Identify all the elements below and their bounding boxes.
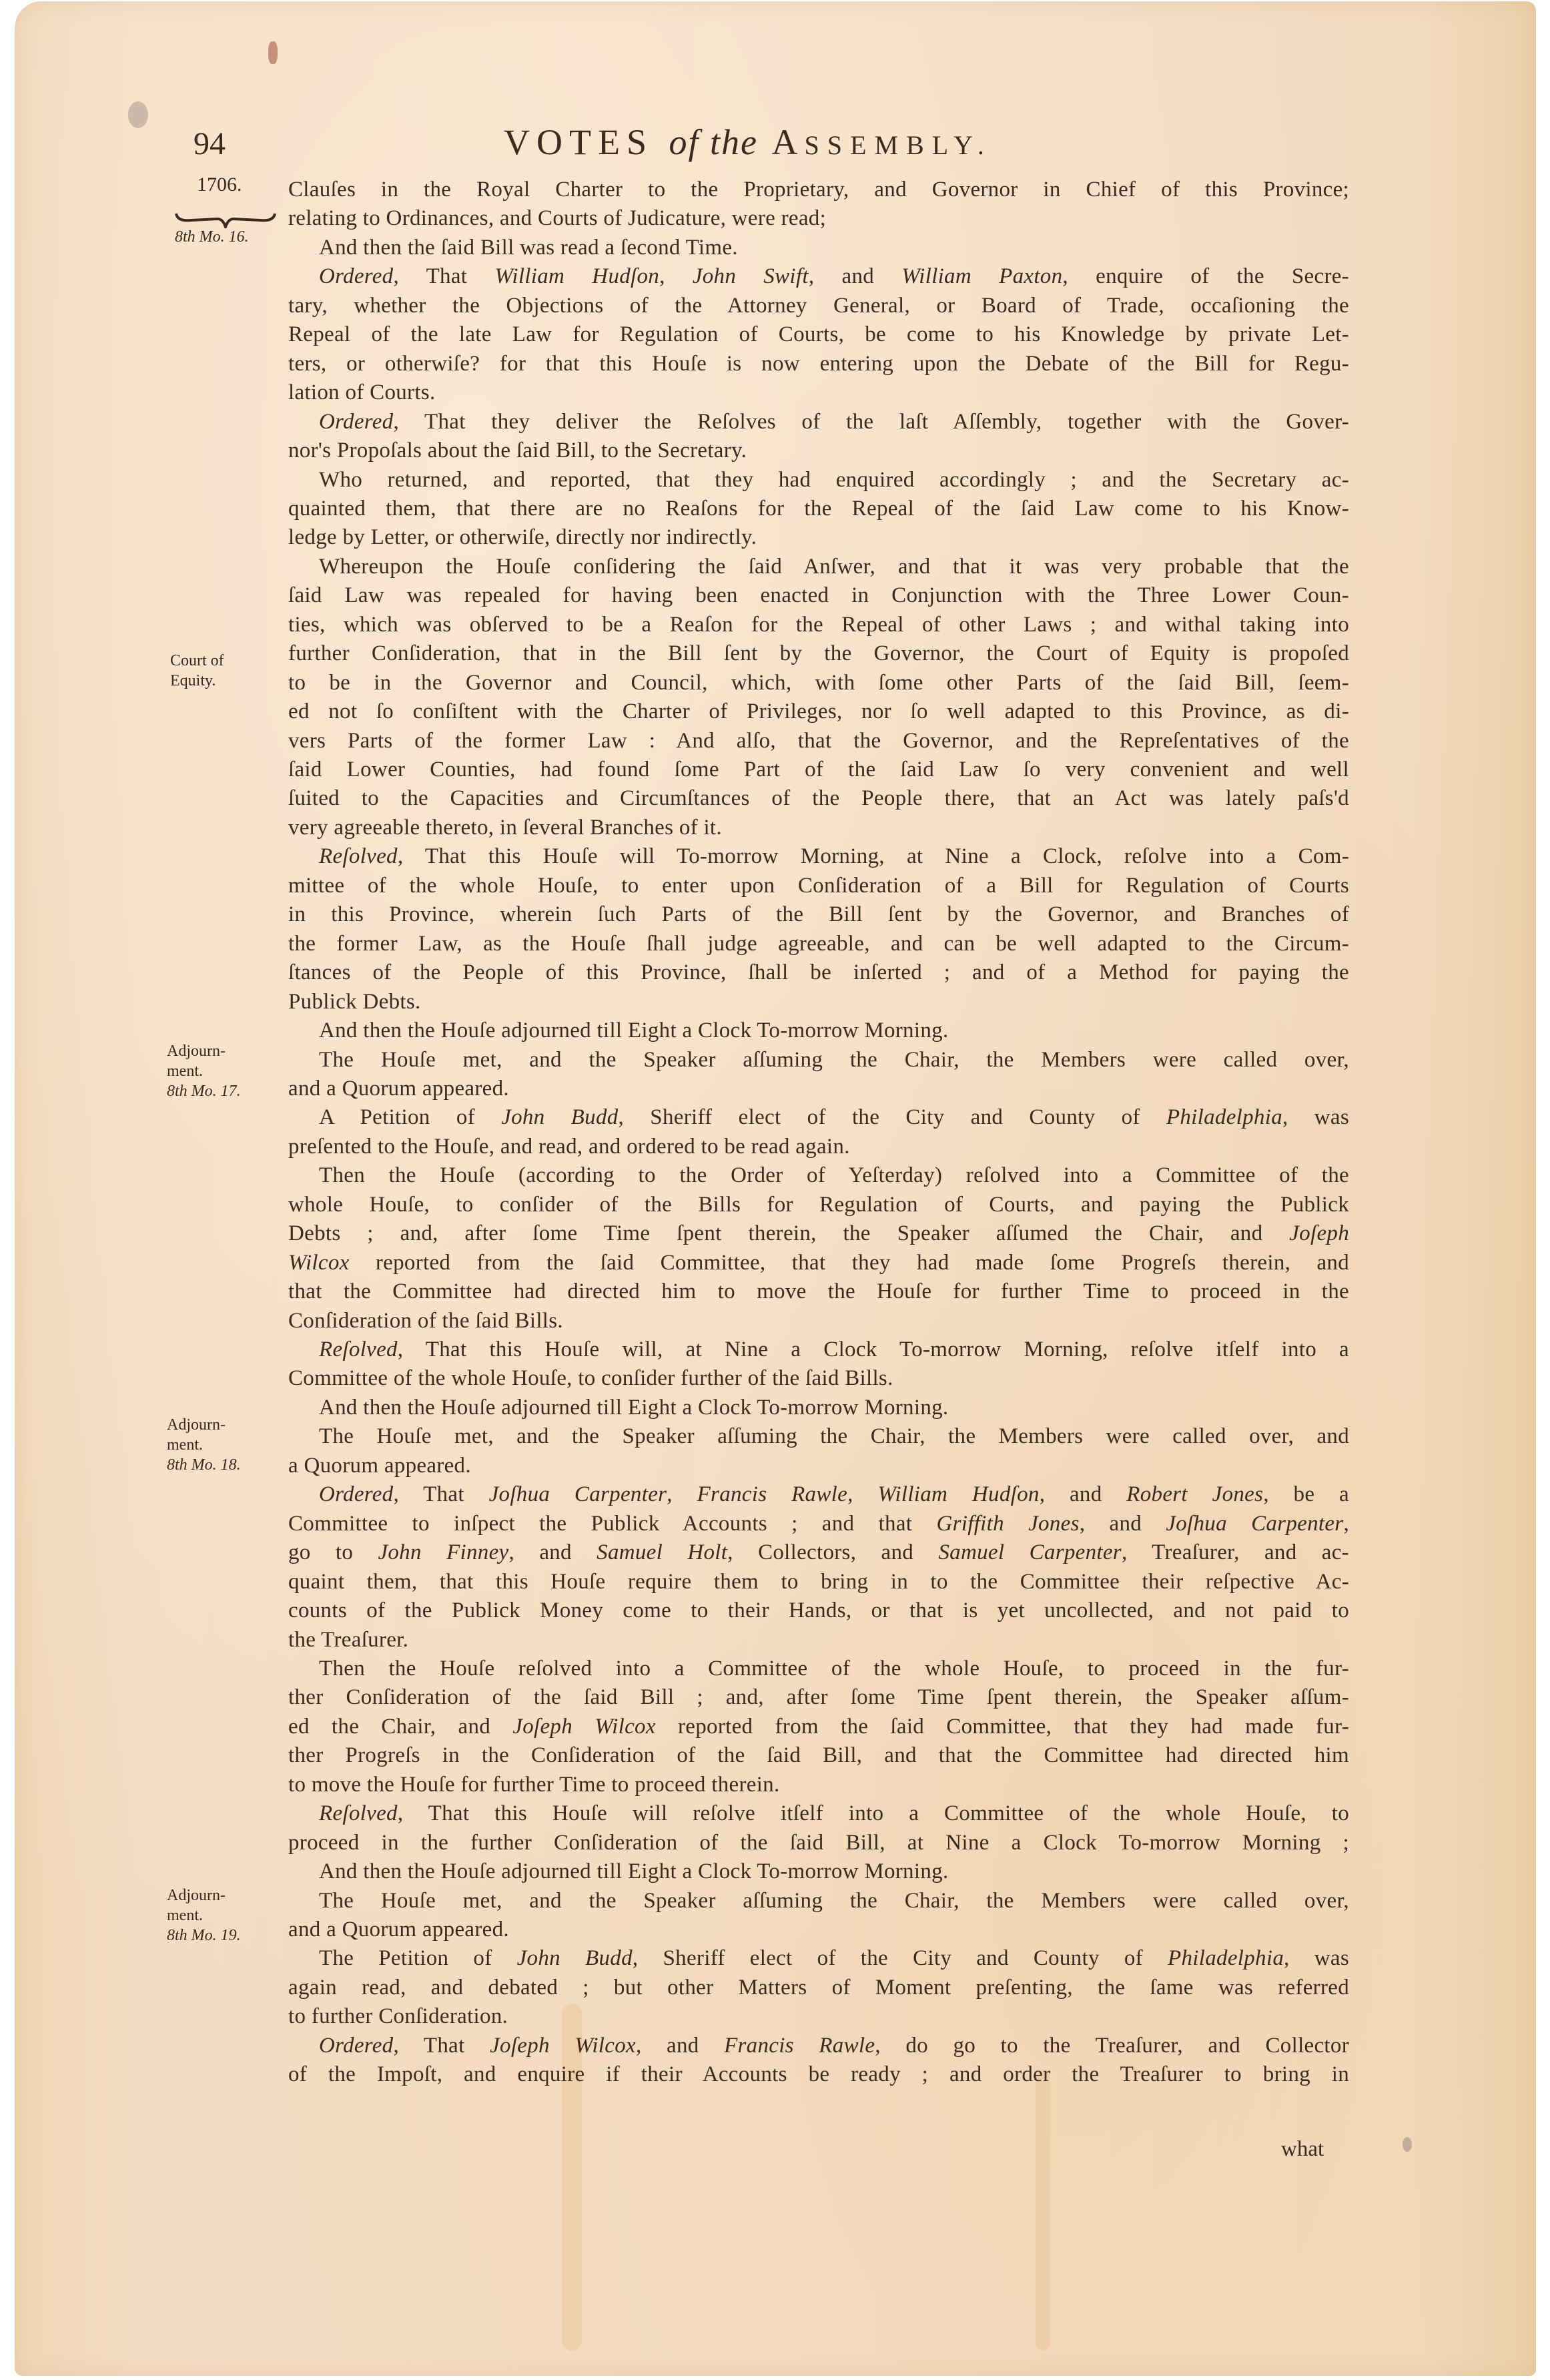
text-line: and a Quorum appeared. [288,1077,1349,1101]
text-line: ſaid Lower Counties, had found ſome Part… [288,758,1349,782]
page-number: 94 [193,125,226,162]
text-line: again read, and debated ; but other Matt… [288,1976,1349,2000]
running-head-votes: VOTES [504,122,653,162]
text-line: the former Law, as the Houſe ſhall judge… [288,932,1349,956]
text-line: The Houſe met, and the Speaker aſſuming … [319,1048,1349,1073]
margin-note-line: Court of [170,651,224,671]
text-line: ſaid Law was repealed for having been en… [288,583,1349,608]
running-head-of-the: of the [669,122,758,162]
text-line: Who returned, and reported, that they ha… [319,468,1349,493]
text-line: Whereupon the Houſe conſidering the ſaid… [319,555,1349,579]
text-line: ſtances of the People of this Province, … [288,960,1349,985]
margin-note: 8th Mo. 16. [175,227,249,247]
text-line: A Petition of John Budd, Sheriff elect o… [319,1105,1349,1130]
text-line: Then the Houſe (according to the Order o… [319,1163,1349,1188]
text-line: to be in the Governor and Council, which… [288,671,1349,695]
text-line: Reſolved, That this Houſe will, at Nine … [319,1337,1349,1362]
text-line: to move the Houſe for further Time to pr… [288,1773,1349,1797]
margin-note: Adjourn-ment. [167,1885,226,1925]
text-line: Ordered, That William Hudſon, John Swift… [319,264,1349,289]
catchword: what [1281,2137,1324,2162]
text-line: tary, whether the Objections of the Atto… [288,294,1349,318]
text-line: and a Quorum appeared. [288,1917,1349,1942]
text-line: relating to Ordinances, and Courts of Ju… [288,206,1349,231]
text-line: Publick Debts. [288,990,1349,1014]
text-line: quainted them, that there are no Reaſons… [288,497,1349,521]
margin-note-line: Equity. [170,671,224,691]
text-line: The Houſe met, and the Speaker aſſuming … [319,1889,1349,1913]
margin-note-line: 8th Mo. 18. [167,1455,241,1475]
text-line: Reſolved, That this Houſe will To-morrow… [319,844,1349,869]
brace-ornament [175,212,276,228]
margin-note: 1706. [197,175,242,195]
running-head-smallcaps: SSEMBLY. [805,130,992,160]
text-line: ed not ſo conſiſtent with the Charter of… [288,699,1349,724]
text-line: ther Conſideration of the ſaid Bill ; an… [288,1685,1349,1710]
text-line: further Conſideration, that in the Bill … [288,641,1349,666]
text-line: nor's Propoſals about the ſaid Bill, to … [288,438,1349,463]
text-line: of the Impoſt, and enquire if their Acco… [288,2062,1349,2087]
margin-note-line: ment. [167,1435,226,1455]
margin-note: 8th Mo. 17. [167,1081,241,1101]
margin-note-line: 8th Mo. 17. [167,1081,241,1101]
text-line: to further Conſideration. [288,2004,1349,2029]
text-line: ties, which was obſerved to be a Reaſon … [288,613,1349,637]
text-line: quaint them, that this Houſe require the… [288,1570,1349,1594]
text-line: counts of the Publick Money come to thei… [288,1598,1349,1623]
margin-note: Adjourn-ment. [167,1041,226,1081]
text-line: And then the ſaid Bill was read a ſecond… [319,236,1349,260]
text-line: ledge by Letter, or otherwiſe, directly … [288,525,1349,550]
text-line: Ordered, That Joſeph Wilcox, and Francis… [319,2034,1349,2058]
text-line: proceed in the further Conſideration of … [288,1831,1349,1855]
text-line: preſented to the Houſe, and read, and or… [288,1135,1349,1159]
ink-spot [268,41,278,64]
margin-note: 8th Mo. 18. [167,1455,241,1475]
text-line: mittee of the whole Houſe, to enter upon… [288,874,1349,898]
water-stain [1036,2070,1050,2351]
text-line: a Quorum appeared. [288,1454,1349,1478]
text-line: Then the Houſe reſolved into a Committee… [319,1657,1349,1681]
text-line: Wilcox reported from the ſaid Committee,… [288,1251,1349,1275]
margin-note: Court ofEquity. [170,651,224,691]
running-head: VOTES of the ASSEMBLY. [504,121,1138,163]
text-line: ſuited to the Capacities and Circumſtanc… [288,786,1349,811]
margin-note-line: Adjourn- [167,1415,226,1435]
running-head-assembly: ASSEMBLY. [772,122,992,162]
text-line: The Petition of John Budd, Sheriff elect… [319,1946,1349,1971]
margin-note: 8th Mo. 19. [167,1925,241,1946]
text-line: Clauſes in the Royal Charter to the Prop… [288,178,1349,202]
margin-note: Adjourn-ment. [167,1415,226,1455]
margin-note-line: ment. [167,1061,226,1081]
smudge [1403,2137,1412,2152]
margin-note-line: 8th Mo. 16. [175,227,249,247]
text-line: whole Houſe, to conſider of the Bills fo… [288,1193,1349,1217]
text-line: that the Committee had directed him to m… [288,1279,1349,1304]
margin-note-line: Adjourn- [167,1041,226,1061]
text-line: vers Parts of the former Law : And alſo,… [288,729,1349,754]
text-line: Reſolved, That this Houſe will reſolve i… [319,1801,1349,1826]
text-line: The Houſe met, and the Speaker aſſuming … [319,1424,1349,1449]
text-line: Committee to inſpect the Publick Account… [288,1512,1349,1536]
text-line: lation of Courts. [288,380,1349,405]
text-line: Conſideration of the ſaid Bills. [288,1309,1349,1333]
running-head-initial: A [772,122,805,162]
margin-note-line: Adjourn- [167,1885,226,1905]
text-line: ed the Chair, and Joſeph Wilcox reported… [288,1715,1349,1739]
text-line: very agreeable thereto, in ſeveral Branc… [288,816,1349,840]
margin-note-line: 1706. [197,175,242,195]
text-line: Ordered, That Joſhua Carpenter, Francis … [319,1482,1349,1507]
text-line: Repeal of the late Law for Regulation of… [288,322,1349,347]
text-line: Committee of the whole Houſe, to conſide… [288,1366,1349,1391]
margin-note-line: 8th Mo. 19. [167,1925,241,1946]
text-line: And then the Houſe adjourned till Eight … [319,1859,1349,1884]
text-line: And then the Houſe adjourned till Eight … [319,1018,1349,1043]
text-line: And then the Houſe adjourned till Eight … [319,1396,1349,1420]
text-line: the Treaſurer. [288,1628,1349,1653]
text-line: Ordered, That they deliver the Reſolves … [319,410,1349,434]
text-line: ters, or otherwiſe? for that this Houſe … [288,352,1349,376]
margin-note-line: ment. [167,1905,226,1925]
text-line: go to John Finney, and Samuel Holt, Coll… [288,1540,1349,1565]
text-line: ther Progreſs in the Conſideration of th… [288,1743,1349,1768]
text-line: in this Province, wherein ſuch Parts of … [288,902,1349,927]
smudge [128,101,148,128]
text-line: Debts ; and, after ſome Time ſpent there… [288,1221,1349,1246]
